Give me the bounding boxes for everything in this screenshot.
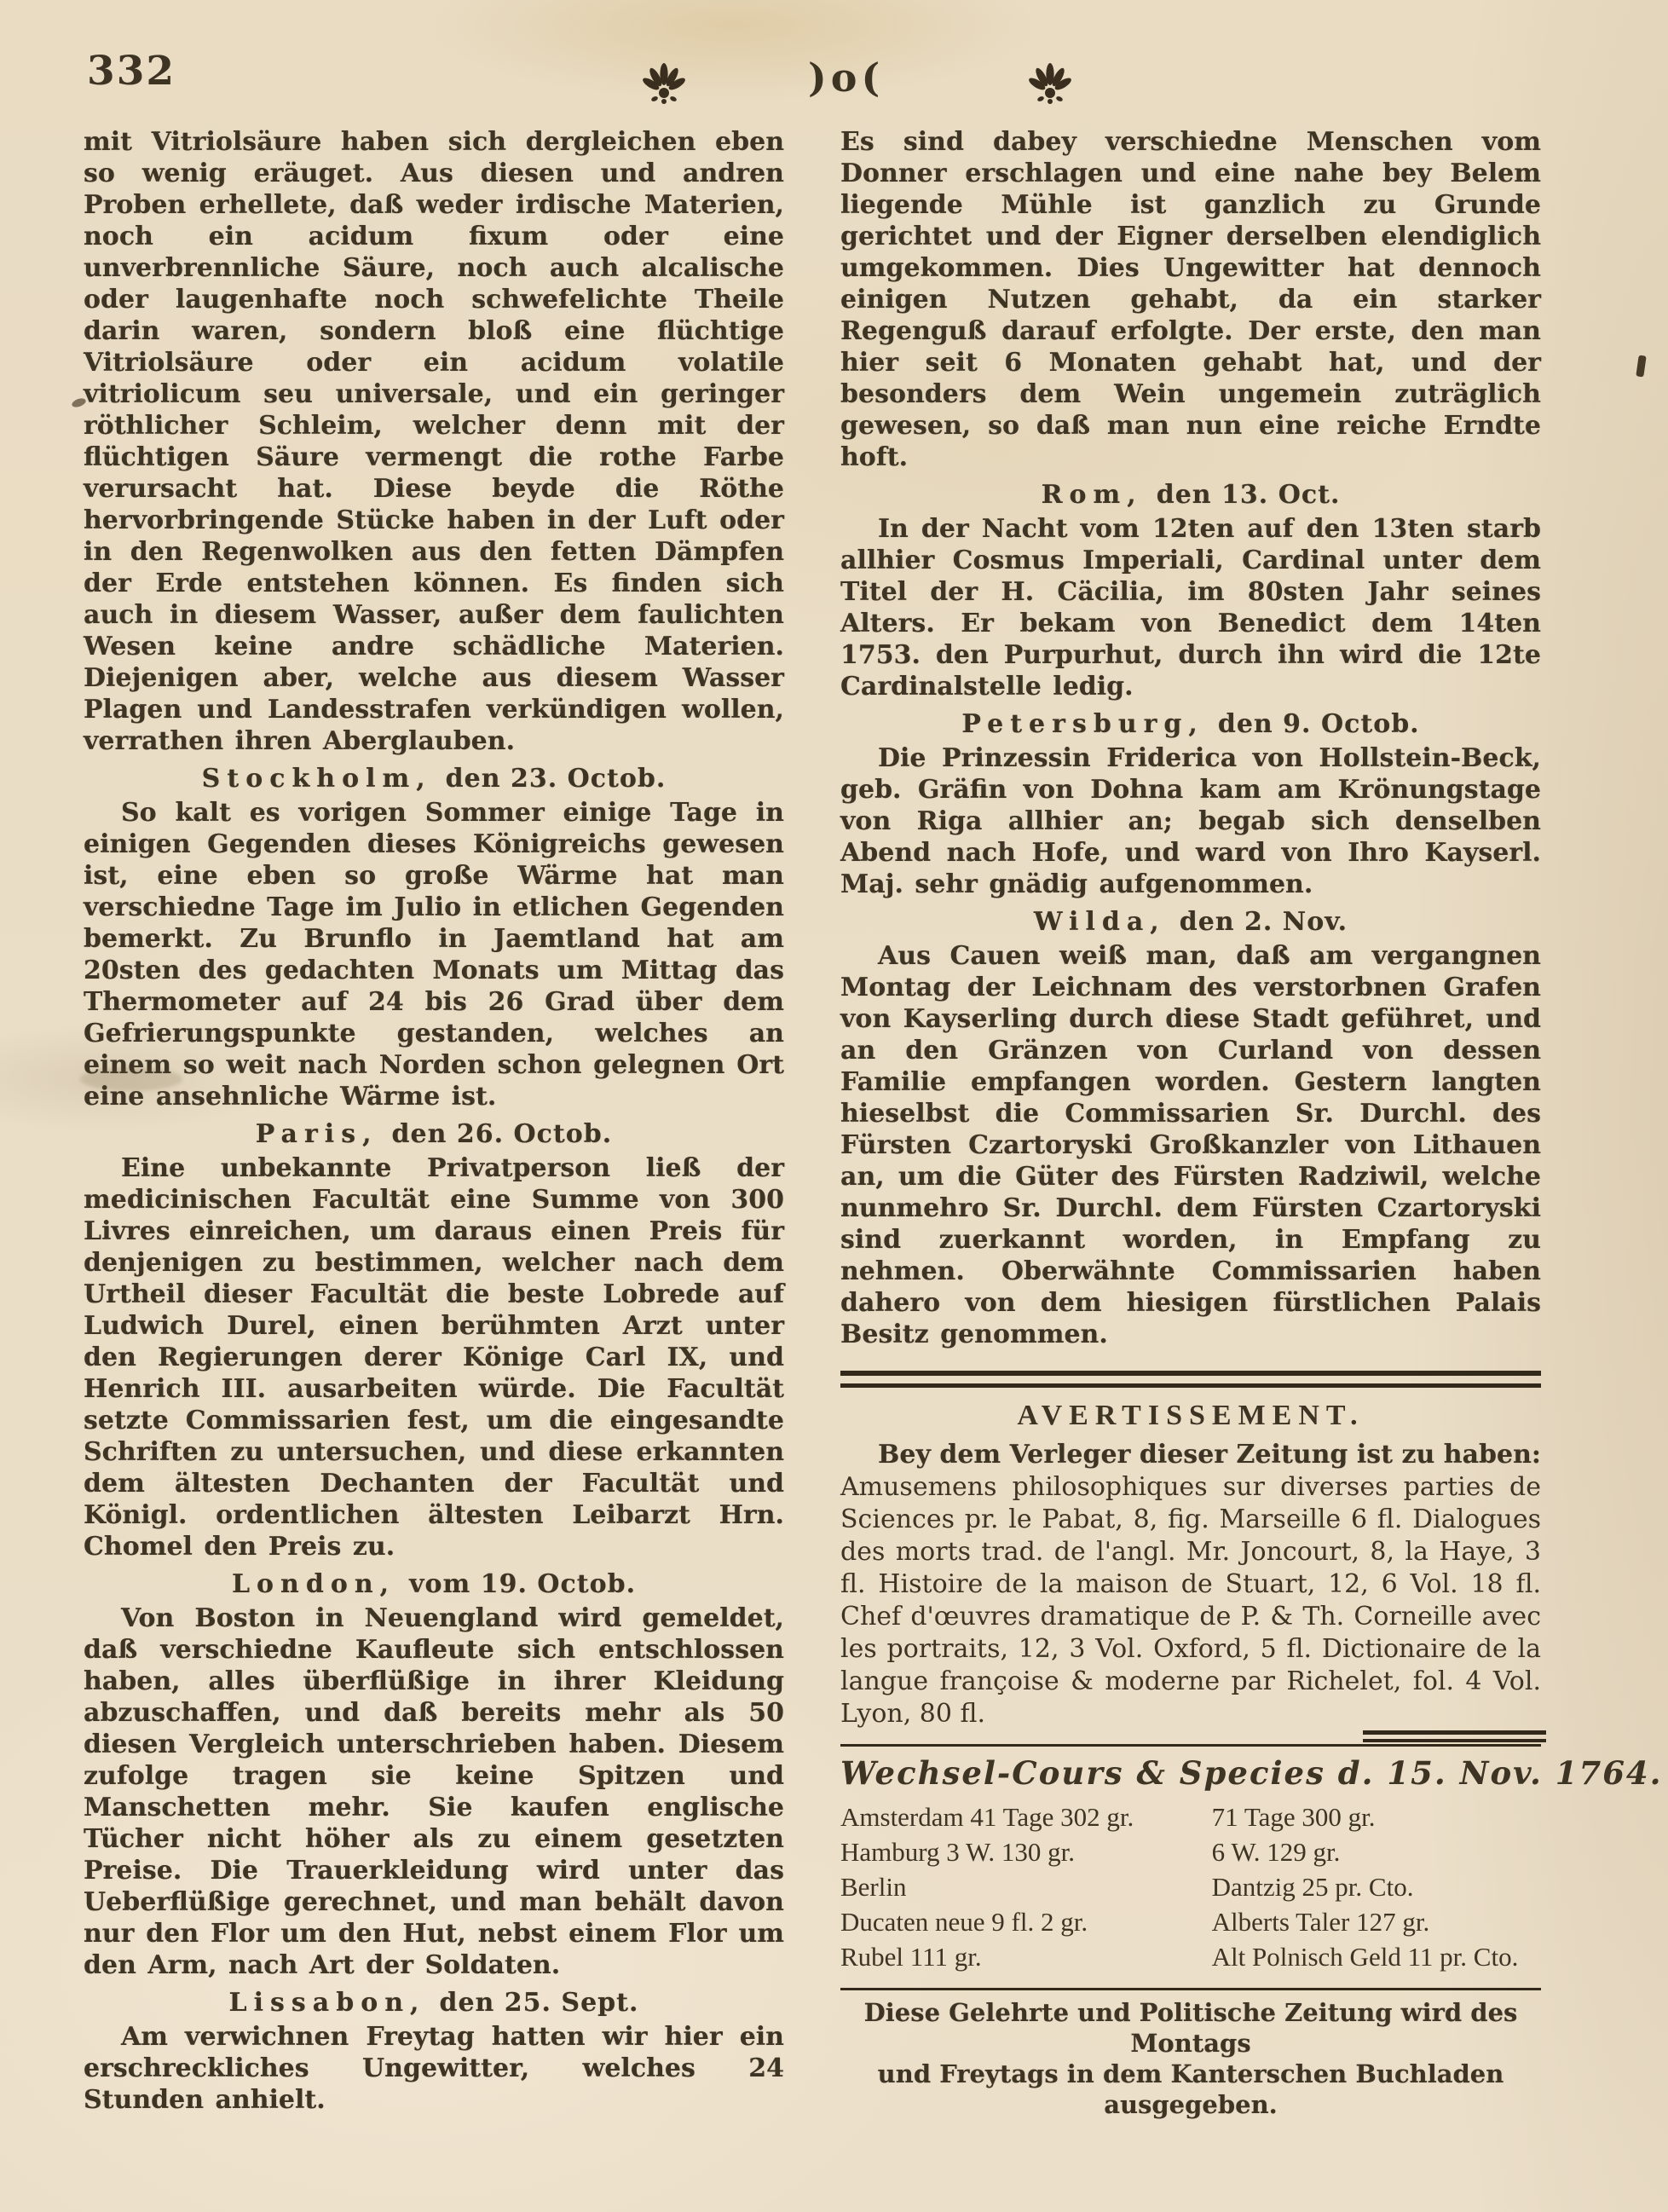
exchange-cell: 71 Tage 300 gr. [1212, 1799, 1541, 1834]
table-row: Ducaten neue 9 fl. 2 gr. Alberts Taler 1… [840, 1904, 1541, 1939]
avertissement-booklist: Amusemens philosophiques sur diverses pa… [840, 1472, 1541, 1729]
rule-divider [840, 1988, 1541, 1990]
dateline-date: den 9. Octob. [1218, 709, 1420, 739]
table-row: Rubel 111 gr. Alt Polnisch Geld 11 pr. C… [840, 1939, 1541, 1974]
exchange-cell: Berlin [840, 1869, 1212, 1904]
exchange-cell: Hamburg 3 W. 130 gr. [840, 1834, 1212, 1869]
newspaper-page: 332 )o( [0, 0, 1668, 2212]
paragraph: In der Nacht vom 12ten auf den 13ten sta… [840, 513, 1541, 702]
table-row: Berlin Dantzig 25 pr. Cto. [840, 1869, 1541, 1904]
exchange-cell: Alt Polnisch Geld 11 pr. Cto. [1212, 1939, 1541, 1974]
paragraph: So kalt es vorigen Sommer einige Tage in… [84, 797, 784, 1112]
footer-line: ausgegeben. [840, 2089, 1541, 2120]
footer-line: Diese Gelehrte und Politische Zeitung wi… [840, 1997, 1541, 2059]
paragraph: Eine unbekannte Privatperson ließ der me… [84, 1152, 784, 1562]
dateline-date: den 26. Octob. [392, 1119, 613, 1149]
dateline-place: Lissabon, [229, 1988, 426, 2018]
fan-ornament-icon [1027, 63, 1073, 106]
exchange-cell: 6 W. 129 gr. [1212, 1834, 1541, 1869]
double-rule-divider [840, 1371, 1541, 1388]
dateline-date: vom 19. Octob. [409, 1569, 636, 1599]
avertissement-paragraph: Bey dem Verleger dieser Zeitung ist zu h… [840, 1439, 1541, 1730]
dateline-heading-wilda: Wilda,den 2. Nov. [840, 906, 1541, 938]
paragraph: Die Prinzessin Friderica von Hollstein-B… [840, 742, 1541, 900]
dateline-place: London, [232, 1569, 395, 1599]
dateline-heading-rom: Rom,den 13. Oct. [840, 479, 1541, 511]
dateline-date: den 25. Sept. [439, 1988, 638, 2018]
publisher-footer: Diese Gelehrte und Politische Zeitung wi… [840, 1997, 1541, 2120]
dateline-place: Paris, [256, 1119, 378, 1149]
footer-line: und Freytags in dem Kanterschen Buchlade… [840, 2059, 1541, 2089]
exchange-table: Amsterdam 41 Tage 302 gr. 71 Tage 300 gr… [840, 1799, 1541, 1974]
left-column: mit Vitriolsäure haben sich dergleichen … [84, 126, 784, 2116]
dateline-date: den 23. Octob. [446, 764, 667, 794]
paragraph: Von Boston in Neuengland wird gemeldet, … [84, 1603, 784, 1981]
paragraph: Aus Cauen weiß man, daß am vergangnen Mo… [840, 940, 1541, 1350]
dateline-heading-london: London,vom 19. Octob. [84, 1568, 784, 1600]
table-row: Hamburg 3 W. 130 gr. 6 W. 129 gr. [840, 1834, 1541, 1869]
dateline-date: den 13. Oct. [1157, 480, 1341, 510]
exchange-heading: Wechsel-Cours & Species d. 15. Nov. 1764… [840, 1753, 1541, 1793]
exchange-cell: Ducaten neue 9 fl. 2 gr. [840, 1904, 1212, 1939]
avertissement-heading: AVERTISSEMENT. [840, 1398, 1541, 1434]
rule-divider [840, 1744, 1541, 1747]
dateline-heading-paris: Paris,den 26. Octob. [84, 1118, 784, 1150]
dateline-heading-stockholm: Stockholm,den 23. Octob. [84, 763, 784, 794]
dateline-place: Rom, [1042, 480, 1143, 510]
dateline-place: Stockholm, [202, 764, 432, 794]
ink-smudge [80, 1067, 182, 1091]
dateline-place: Wilda, [1034, 907, 1166, 937]
header-ornament-center: )o( [808, 55, 884, 101]
right-column: Es sind dabey verschiedne Menschen vom D… [840, 126, 1541, 2120]
short-double-rule [1363, 1730, 1546, 1742]
table-row: Amsterdam 41 Tage 302 gr. 71 Tage 300 gr… [840, 1799, 1541, 1834]
dateline-heading-lissabon: Lissabon,den 25. Sept. [84, 1987, 784, 2019]
paragraph: Es sind dabey verschiedne Menschen vom D… [840, 126, 1541, 473]
ink-mark [1636, 355, 1646, 377]
exchange-cell: Alberts Taler 127 gr. [1212, 1904, 1541, 1939]
fan-ornament-icon [641, 63, 687, 106]
paragraph: Am verwichnen Freytag hatten wir hier ei… [84, 2021, 784, 2116]
exchange-cell: Rubel 111 gr. [840, 1939, 1212, 1974]
dateline-heading-petersburg: Petersburg,den 9. Octob. [840, 708, 1541, 740]
page-number: 332 [87, 48, 176, 95]
paragraph: mit Vitriolsäure haben sich dergleichen … [84, 126, 784, 757]
exchange-cell: Dantzig 25 pr. Cto. [1212, 1869, 1541, 1904]
exchange-cell: Amsterdam 41 Tage 302 gr. [840, 1799, 1212, 1834]
avertissement-lead: Bey dem Verleger dieser Zeitung ist zu h… [878, 1440, 1541, 1470]
dateline-date: den 2. Nov. [1180, 907, 1348, 937]
dateline-place: Petersburg, [961, 709, 1204, 739]
